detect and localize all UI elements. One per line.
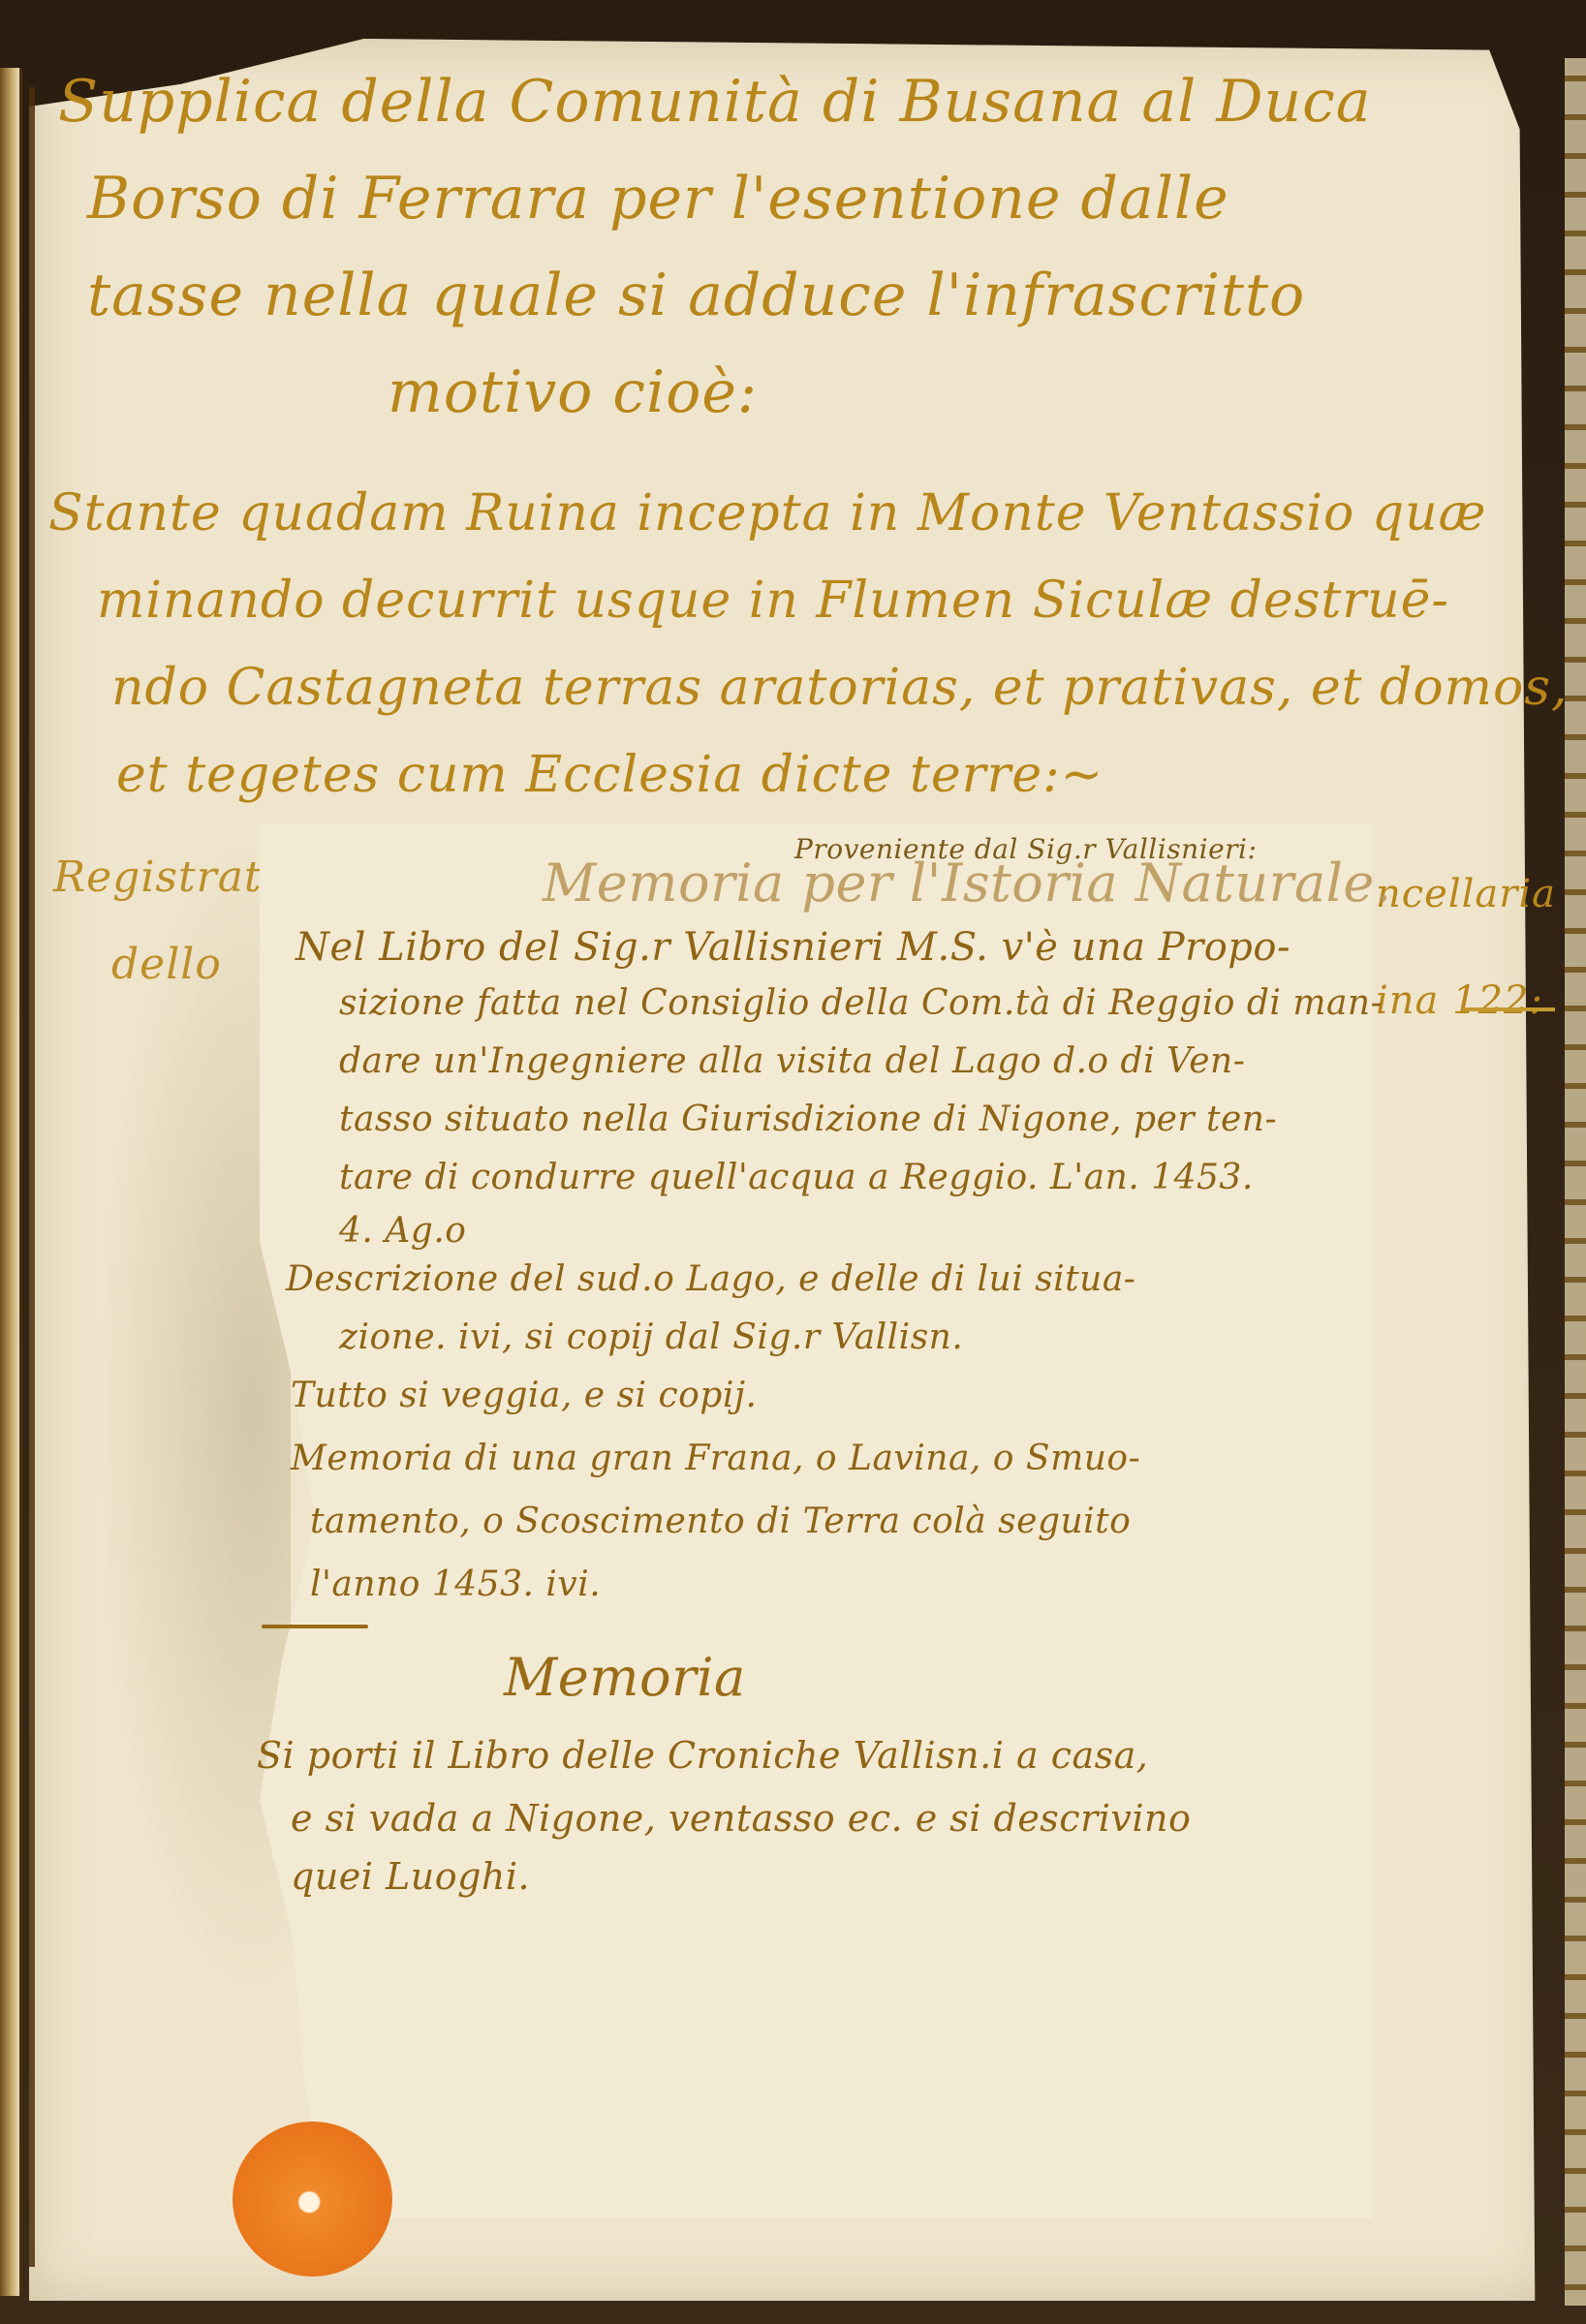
slip-second-line-1: Si porti il Libro delle Croniche Vallisn…	[257, 1734, 1148, 1777]
partial-text-right-1: ncellaria	[1376, 872, 1556, 916]
slip-second-heading: Memoria	[504, 1647, 746, 1708]
main-text-line-2: Borso di Ferrara per l'esentione dalle	[87, 165, 1229, 232]
slip-line-2: sizione fatta nel Consiglio della Com.tà…	[339, 983, 1383, 1023]
slip-line-6: 4. Ag.o	[339, 1211, 466, 1251]
slip-line-3: dare un'Ingegniere alla visita del Lago …	[339, 1041, 1245, 1081]
slip-line-9: Tutto si veggia, e si copij.	[291, 1376, 757, 1415]
page-edges-right	[1565, 58, 1586, 2306]
slip-heading: Memoria per l'Istoria Naturale.	[543, 852, 1392, 914]
partial-text-left-2: dello	[111, 940, 222, 989]
main-text-line-7: ndo Castagneta terras aratorias, et prat…	[111, 659, 1568, 717]
partial-text-right-2: ina 122:	[1376, 978, 1543, 1023]
slip-line-12: l'anno 1453. ivi.	[310, 1565, 601, 1604]
main-text-line-1: Supplica della Comunità di Busana al Duc…	[58, 68, 1372, 136]
slip-line-1: Nel Libro del Sig.r Vallisnieri M.S. v'è…	[295, 925, 1291, 970]
red-seal-icon	[233, 2122, 392, 2277]
slip-line-7: Descrizione del sud.o Lago, e delle di l…	[286, 1259, 1135, 1299]
slip-line-8: zione. ivi, si copij dal Sig.r Vallisn.	[339, 1317, 963, 1357]
partial-text-left-1: Registrat	[53, 852, 263, 902]
slip-line-10: Memoria di una gran Frana, o Lavina, o S…	[291, 1439, 1140, 1478]
slip-line-5: tare di condurre quell'acqua a Reggio. L…	[339, 1158, 1254, 1197]
slip-line-11: tamento, o Scoscimento di Terra colà seg…	[310, 1502, 1131, 1541]
binding-edge-left	[0, 68, 22, 2296]
main-text-line-3: tasse nella quale si adduce l'infrascrit…	[87, 262, 1305, 329]
slip-second-line-3: quei Luoghi.	[291, 1855, 530, 1898]
separator-rule	[262, 1625, 368, 1628]
main-text-line-4: motivo cioè:	[388, 358, 758, 426]
main-text-line-8: et tegetes cum Ecclesia dicte terre:~	[116, 746, 1104, 804]
underline-mark	[1463, 1007, 1555, 1011]
main-text-line-6: minando decurrit usque in Flumen Siculæ …	[97, 572, 1449, 630]
slip-line-4: tasso situato nella Giurisdizione di Nig…	[339, 1100, 1277, 1139]
main-text-line-5: Stante quadam Ruina incepta in Monte Ven…	[48, 484, 1486, 542]
gutter-shadow-line	[29, 87, 35, 2267]
slip-second-line-2: e si vada a Nigone, ventasso ec. e si de…	[291, 1797, 1191, 1840]
